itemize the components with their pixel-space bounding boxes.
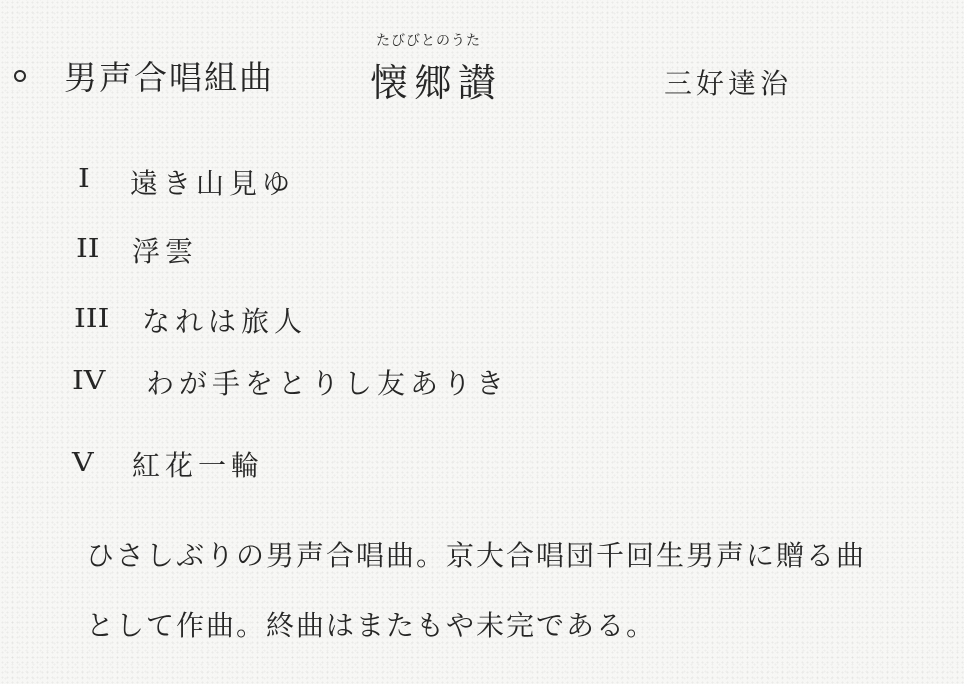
- scanned-handwritten-page: 男声合唱組曲 たびびとのうた 懐郷讃 三好達治 I 遠き山見ゆ II 浮雲 II…: [0, 0, 964, 684]
- movement-numeral: III: [74, 304, 109, 334]
- movement-numeral: V: [72, 448, 94, 478]
- movement-title: 遠き山見ゆ: [130, 162, 295, 202]
- movement-numeral: II: [76, 234, 100, 264]
- work-genre: 男声合唱組曲: [64, 52, 274, 99]
- title-ruby-reading: たびびとのうた: [376, 30, 481, 50]
- lyricist-name: 三好達治: [664, 62, 792, 102]
- movement-title: 紅花一輪: [132, 444, 264, 484]
- movement-numeral: I: [78, 164, 90, 194]
- program-note-line-1: ひさしぶりの男声合唱曲。京大合唱団千回生男声に贈る曲: [86, 534, 866, 574]
- work-title: 懐郷讃: [370, 52, 502, 107]
- program-note-line-2: として作曲。終曲はまたもや未完である。: [86, 604, 656, 644]
- movement-title: なれは旅人: [142, 300, 307, 340]
- bullet-circle-icon: [14, 70, 26, 82]
- movement-numeral: IV: [72, 366, 105, 396]
- movement-title: 浮雲: [132, 230, 198, 270]
- movement-title: わが手をとりし友ありき: [146, 362, 509, 402]
